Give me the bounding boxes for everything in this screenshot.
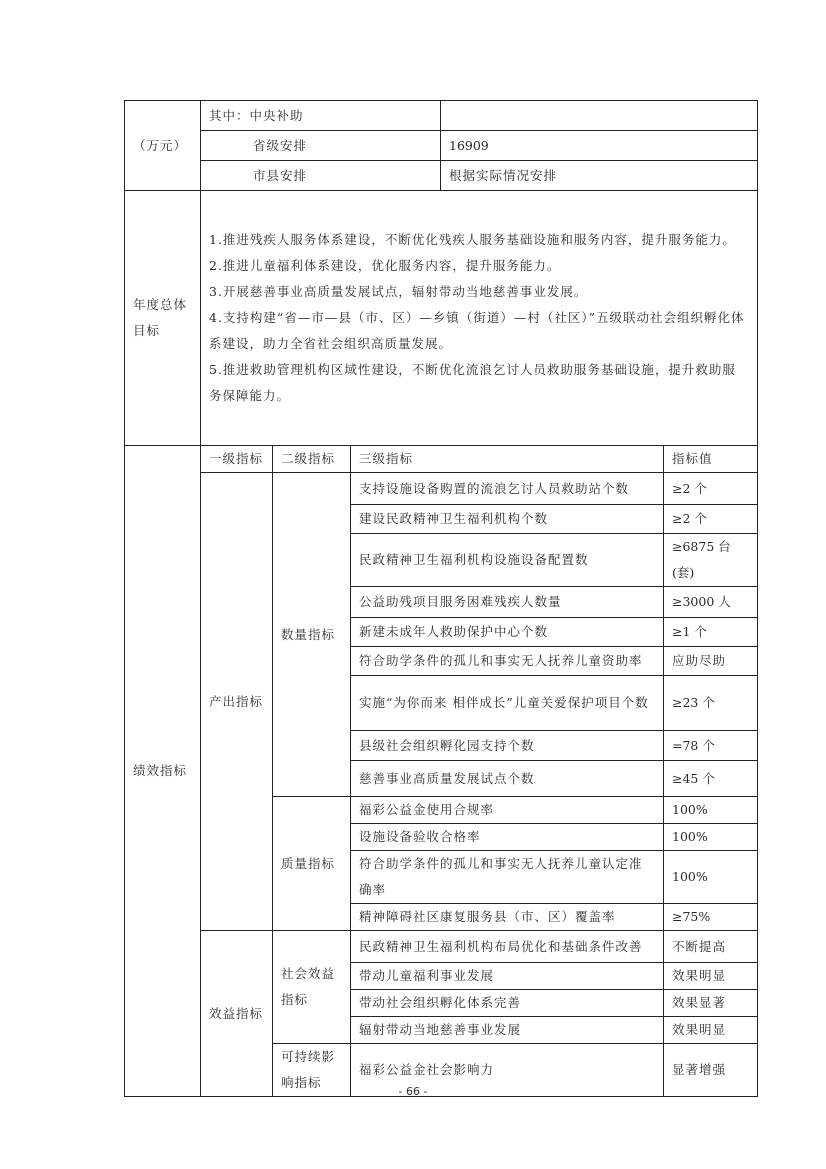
indicator-value: 应助尽助 [664,647,758,676]
annual-goals-label: 年度总体目标 [125,191,201,446]
indicator-value: 100% [664,851,758,904]
table-row: 效益指标 社会效益指标 民政精神卫生福利机构布局优化和基础条件改善 不断提高 [125,931,758,963]
indicator-value: ≥2 个 [664,505,758,534]
indicator-value: 效果明显 [664,963,758,990]
indicator-value: 100% [664,824,758,851]
funding-row-provincial: 省级安排 16909 [125,131,758,161]
indicator-name: 带动社会组织孵化体系完善 [351,990,664,1017]
indicator-name: 民政精神卫生福利机构布局优化和基础条件改善 [351,931,664,963]
funding-label-provincial: 省级安排 [201,131,441,161]
indicator-name: 设施设备验收合格率 [351,824,664,851]
indicator-name: 民政精神卫生福利机构设施设备配置数 [351,534,664,587]
indicator-value: 不断提高 [664,931,758,963]
funding-value-provincial: 16909 [441,131,758,161]
header-level3: 三级指标 [351,446,664,473]
header-value: 指标值 [664,446,758,473]
funding-row-municipal: 市县安排 根据实际情况安排 [125,161,758,191]
performance-label: 绩效指标 [125,446,201,1097]
annual-goals-content: 1.推进残疾人服务体系建设，不断优化残疾人服务基础设施和服务内容，提升服务能力。… [201,191,758,446]
funding-value-municipal: 根据实际情况安排 [441,161,758,191]
annual-goals-row: 年度总体目标 1.推进残疾人服务体系建设，不断优化残疾人服务基础设施和服务内容，… [125,191,758,446]
indicator-value: 效果显著 [664,990,758,1017]
page-number: - 66 - [0,1085,826,1098]
indicator-header-row: 绩效指标 一级指标 二级指标 三级指标 指标值 [125,446,758,473]
indicator-name: 辐射带动当地慈善事业发展 [351,1017,664,1044]
indicator-value: ≥23 个 [664,676,758,731]
indicator-value: ≥45 个 [664,761,758,797]
quality-indicator-label: 质量指标 [273,797,351,931]
indicator-name: 符合助学条件的孤儿和事实无人抚养儿童认定准确率 [351,851,664,904]
header-level1: 一级指标 [201,446,273,473]
indicator-name: 慈善事业高质量发展试点个数 [351,761,664,797]
indicator-value: 100% [664,797,758,824]
indicator-name: 建设民政精神卫生福利机构个数 [351,505,664,534]
goal-item-1: 1.推进残疾人服务体系建设，不断优化残疾人服务基础设施和服务内容，提升服务能力。 [209,227,749,253]
goal-item-3: 3.开展慈善事业高质量发展试点，辐射带动当地慈善事业发展。 [209,279,749,305]
quantity-indicator-label: 数量指标 [273,473,351,797]
indicator-value: ≥2 个 [664,473,758,505]
indicator-name: 公益助残项目服务困难残疾人数量 [351,587,664,618]
funding-value-central [441,101,758,131]
funding-label-municipal: 市县安排 [201,161,441,191]
table-row: 产出指标 数量指标 支持设施设备购置的流浪乞讨人员救助站个数 ≥2 个 [125,473,758,505]
indicator-value: 效果明显 [664,1017,758,1044]
funding-unit-label: （万元） [125,101,201,191]
indicator-value: ≥75% [664,904,758,931]
indicator-name: 福彩公益金使用合规率 [351,797,664,824]
social-benefit-label: 社会效益指标 [273,931,351,1044]
indicator-value: =78 个 [664,731,758,761]
indicator-value: ≥3000 人 [664,587,758,618]
funding-row-central: （万元） 其中：中央补助 [125,101,758,131]
indicator-name: 带动儿童福利事业发展 [351,963,664,990]
goal-item-4: 4.支持构建“省—市—县（市、区）—乡镇（街道）—村（社区）”五级联动社会组织孵… [209,305,749,357]
indicator-name: 实施“为你而来 相伴成长”儿童关爱保护项目个数 [351,676,664,731]
performance-goal-table: （万元） 其中：中央补助 省级安排 16909 市县安排 根据实际情况安排 年度… [124,100,758,1097]
indicator-name: 符合助学条件的孤儿和事实无人抚养儿童资助率 [351,647,664,676]
indicator-value: ≥1 个 [664,618,758,647]
indicator-value: ≥6875 台(套) [664,534,758,587]
funding-label-central: 其中：中央补助 [201,101,441,131]
header-level2: 二级指标 [273,446,351,473]
benefit-indicator-label: 效益指标 [201,931,273,1097]
indicator-name: 新建未成年人救助保护中心个数 [351,618,664,647]
indicator-name: 精神障碍社区康复服务县（市、区）覆盖率 [351,904,664,931]
indicator-name: 支持设施设备购置的流浪乞讨人员救助站个数 [351,473,664,505]
goal-item-5: 5.推进救助管理机构区域性建设，不断优化流浪乞讨人员救助服务基础设施，提升救助服… [209,357,749,409]
goal-item-2: 2.推进儿童福利体系建设，优化服务内容，提升服务能力。 [209,253,749,279]
output-indicator-label: 产出指标 [201,473,273,931]
indicator-name: 县级社会组织孵化园支持个数 [351,731,664,761]
